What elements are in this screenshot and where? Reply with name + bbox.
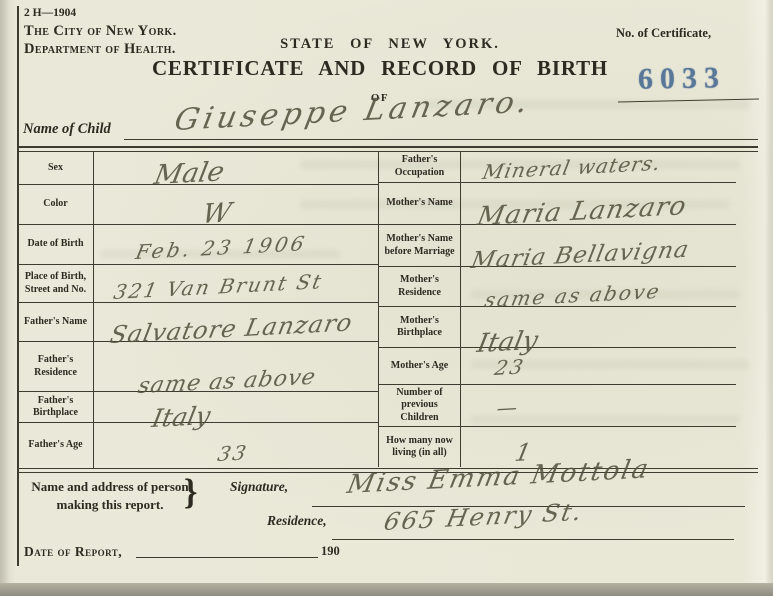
handwritten-value: 23 — [493, 356, 527, 378]
date-of-report-line — [136, 557, 318, 558]
table-row-mothers-residence: Mother's Residence same as above — [379, 267, 736, 307]
handwritten-value: 33 — [216, 442, 250, 464]
table-row-mothers-name: Mother's Name Maria Lanzaro — [379, 183, 736, 225]
field-label: Mother's Age — [379, 348, 461, 384]
field-value: 33 — [94, 423, 378, 468]
field-label: Mother's Birthplace — [379, 307, 461, 347]
field-label-text: Date of Birth — [27, 238, 83, 251]
agency-name: The City of New York. — [24, 23, 177, 40]
certificate-number-stamp: 6033 — [638, 61, 727, 97]
field-value: — — [461, 385, 736, 426]
table-row-place-of-birth: Place of Birth, Street and No. 321 Van B… — [18, 265, 378, 303]
field-label-text: Number of previous Children — [383, 387, 456, 425]
field-label: Mother's Name — [379, 183, 461, 224]
table-row-date-of-birth: Date of Birth Feb. 23 1906 — [18, 225, 378, 265]
table-row-previous-children: Number of previous Children — — [379, 385, 736, 427]
handwritten-value: 321 Van Brunt St — [112, 271, 325, 302]
double-rule-top — [18, 146, 758, 148]
reporter-label: Name and address of person making this r… — [30, 478, 190, 513]
field-value: same as above — [461, 267, 736, 306]
field-label-text: Father's Occupation — [383, 154, 456, 179]
field-value: 321 Van Brunt St — [94, 265, 378, 302]
field-value: W — [94, 185, 378, 224]
brace-glyph: } — [184, 473, 197, 513]
field-label: Number of previous Children — [379, 385, 461, 426]
handwritten-value: — — [495, 397, 519, 418]
birth-certificate-scan: 2 H—1904 The City of New York. Departmen… — [0, 0, 773, 596]
field-label: Father's Birthplace — [18, 392, 94, 422]
field-label-text: Father's Residence — [22, 354, 89, 379]
table-row-fathers-birthplace: Father's Birthplace Italy — [18, 392, 378, 423]
scan-right-edge — [765, 0, 773, 596]
residence-label: Residence, — [267, 513, 327, 529]
handwritten-value: W — [200, 200, 233, 228]
right-field-table: Father's Occupation Mineral waters. Moth… — [378, 152, 736, 468]
year-prefix: 190 — [321, 544, 340, 559]
field-label: Father's Name — [18, 303, 94, 341]
field-label: Place of Birth, Street and No. — [18, 265, 94, 302]
field-label-text: Father's Name — [24, 316, 87, 329]
field-value: Feb. 23 1906 — [94, 225, 378, 264]
field-value: Male — [94, 152, 378, 185]
field-label-text: How many now living (in all) — [383, 435, 456, 460]
field-value: Salvatore Lanzaro — [94, 303, 378, 341]
field-label-text: Mother's Name before Marriage — [383, 233, 456, 258]
table-row-mothers-birthplace: Mother's Birthplace Italy — [379, 307, 736, 348]
field-label: How many now living (in all) — [379, 427, 461, 467]
handwritten-value: Italy — [475, 328, 540, 357]
field-label-text: Sex — [48, 162, 63, 175]
signature-label: Signature, — [230, 479, 288, 495]
name-of-child-label: Name of Child — [23, 121, 111, 138]
field-value: Maria Lanzaro — [461, 183, 736, 224]
table-row-fathers-residence: Father's Residence same as above — [18, 342, 378, 392]
scan-bottom-edge — [0, 583, 773, 596]
handwritten-value: Feb. 23 1906 — [134, 233, 309, 262]
field-label: Color — [18, 185, 94, 224]
field-label: Father's Age — [18, 423, 94, 468]
field-label-text: Mother's Age — [391, 360, 449, 373]
field-value: same as above — [94, 342, 378, 391]
field-label-text: Mother's Birthplace — [383, 315, 456, 340]
field-label: Father's Occupation — [379, 152, 461, 183]
residence-value: 665 Henry St. — [382, 500, 585, 534]
field-value: Maria Bellavigna — [461, 225, 736, 266]
field-label: Mother's Residence — [379, 267, 461, 306]
field-label-text: Father's Age — [28, 439, 82, 452]
state-line: STATE OF NEW YORK. — [230, 36, 550, 53]
field-label-text: Color — [43, 198, 67, 211]
field-label-text: Place of Birth, Street and No. — [22, 271, 89, 296]
field-label: Sex — [18, 152, 94, 185]
field-label: Father's Residence — [18, 342, 94, 391]
document-title: CERTIFICATE AND RECORD OF BIRTH — [118, 56, 642, 81]
field-value: Mineral waters. — [461, 152, 736, 183]
name-of-child-line — [124, 139, 758, 140]
table-row-fathers-name: Father's Name Salvatore Lanzaro — [18, 303, 378, 342]
date-of-report-label: Date of Report, — [24, 544, 122, 560]
field-label-text: Mother's Residence — [383, 274, 456, 299]
table-row-color: Color W — [18, 185, 378, 225]
field-label-text: Mother's Name — [386, 197, 452, 210]
table-row-sex: Sex Male — [18, 152, 378, 186]
reporter-label-line2: making this report. — [56, 497, 163, 512]
scan-left-edge — [0, 0, 9, 596]
field-label-text: Father's Birthplace — [22, 395, 89, 420]
field-value: Italy — [461, 307, 736, 347]
field-label: Date of Birth — [18, 225, 94, 264]
handwritten-value: Male — [152, 158, 226, 189]
field-label: Mother's Name before Marriage — [379, 225, 461, 266]
form-code: 2 H—1904 — [24, 7, 76, 19]
left-field-table: Sex Male Color W Date of Birth Feb. 23 1… — [18, 152, 378, 468]
residence-line — [332, 539, 734, 540]
handwritten-value: Mineral waters. — [481, 153, 663, 182]
handwritten-value: same as above — [483, 281, 663, 310]
table-row-mothers-age: Mother's Age 23 — [379, 348, 736, 385]
reporter-label-line1: Name and address of person — [31, 479, 188, 494]
handwritten-value: Italy — [150, 403, 213, 431]
table-row-fathers-occupation: Father's Occupation Mineral waters. — [379, 152, 736, 184]
certificate-number-label: No. of Certificate, — [616, 26, 711, 41]
table-row-mothers-maiden-name: Mother's Name before Marriage Maria Bell… — [379, 225, 736, 267]
